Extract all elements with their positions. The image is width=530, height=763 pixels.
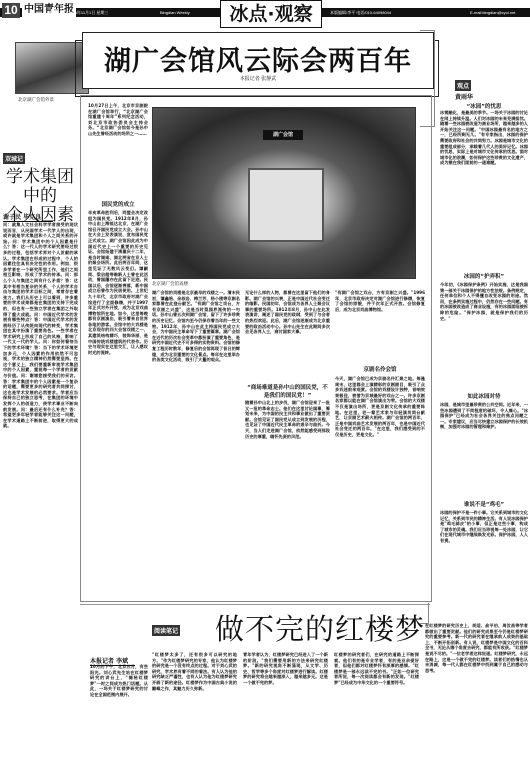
page-number: 10 — [2, 3, 20, 18]
main-article-col2: 湖广会馆的戏楼是北京最早的戏楼之一。清末民初，谭鑫培、余叔岩、梅兰芳、杨小楼等京… — [152, 290, 240, 595]
main-article-lead: 10月27日上午，北京市京剧院在湖广会馆举行，“北京湖广会馆重建十周年”系列纪念… — [88, 103, 148, 198]
stage-photo-caption: 北京湖广会馆戏楼 — [152, 281, 188, 287]
right-box-corner — [420, 603, 429, 624]
exterior-photo-caption: 北京湖广会馆外景 — [18, 97, 54, 103]
stage-photo: 湖广会馆 — [152, 107, 416, 279]
bottom-article-col4: 红楼梦的研究者们，在研究的道路上不断探索。他们有的是专业学者，有的是业余爱好者，… — [334, 652, 419, 763]
main-subhead-1: 国民党的成立 — [88, 200, 148, 208]
main-subhead-3: 京剧名伶会馆 — [335, 365, 425, 373]
bottom-article-label: 阅读笔记 — [152, 625, 180, 636]
main-article-title: 湖广会馆风云际会两百年 — [83, 39, 433, 78]
right-column-body-4: 冰园的保护不是一件小事。它关系到城市的文化记忆，关系到市民的精神生活。有人说冰园… — [440, 510, 528, 595]
left-column-body: 问：就集人文社会科学学者接受的现状说而言，从民国学术一代学人的出现，或许就是学术… — [3, 222, 78, 762]
main-article-col4: "有湖广会馆之戏台，方有京剧之兴盛。"1996年，北京市政府决定对湖广会馆进行修… — [335, 290, 425, 365]
main-article-col3b: 随着孙中山北上的步伐，湖广会馆迎来了一批又一批的革命志士。他们在这里讨论国事，筹… — [245, 400, 330, 595]
bottom-article-col3: 青年学者认为，红楼梦研究已经进入了一个新的阶段。"我们需要用新的方法来研究红楼梦… — [243, 652, 328, 763]
section-title: 冰点·观察 — [220, 0, 322, 28]
stage-plaque: 湖广会馆 — [263, 130, 303, 140]
masthead-slashes: //// — [50, 8, 59, 17]
bottom-article-col2: "红楼梦太多了，还有很多可以研究的地方。"作为红楼梦研究的专家，他认为红楼梦的研… — [152, 652, 237, 763]
right-column-label: 观点 — [455, 80, 471, 91]
right-subhead-1: 冰园的“护弄积” — [440, 272, 528, 280]
main-title-box: 湖广会馆风云际会两百年 本报记者 张静武 — [82, 32, 434, 89]
editor-info: 本版编辑/李平 电话/010-64098044 — [330, 8, 391, 17]
issue-date: 2006年11月1日 星期三 — [68, 8, 108, 17]
main-subhead-2: “商场难道是孙中山的国民党，不是我们的国民党！” — [245, 383, 330, 399]
right-column-author: 黄雨华 — [455, 92, 485, 101]
right-title-frame-edge — [420, 30, 435, 127]
right-subhead-2: 如此冰园对待 — [440, 392, 528, 400]
bottom-article-col1: 10月的下午，北京五月，有些阳光。刘心武先生站在红楼梦研究的讲台上，"揭秘红楼梦… — [90, 664, 148, 763]
bottom-article-title: 做不完的红楼梦 — [215, 607, 425, 648]
stage-backdrop — [248, 168, 324, 242]
main-article-col1: 辛亥革命胜利后，同盟会决定改组为国民党。1912年8月，孙中山由上海抵达北京，在… — [88, 210, 148, 595]
bottom-article-col5: 在红楼梦的研究历史上，胡适、俞平伯、周汝昌等学者都做出了重要贡献。他们的研究成果… — [425, 623, 528, 763]
left-title-line1: 学术集团中的 — [2, 168, 78, 206]
right-column-body-1: 冰雪融化，是最美的季节。一场关于冰园的讨论在网上持续升温。人们对冰园的未来充满担… — [440, 110, 528, 270]
main-article-col4b: 今天，湖广会馆已成为京剧名伶汇聚之地。每逢周末，这里都会上演精彩的京剧剧目，吸引… — [335, 376, 425, 595]
right-column-body-2: 今年初，《冰园保护条例》开始实施，这是我国第一部关于冰园保护的地方性法规。条例规… — [440, 282, 528, 390]
edition-name: Bingdian Weekly — [160, 8, 190, 17]
main-article-byline: 本报记者 张静武 — [83, 75, 433, 82]
right-subhead-3: 谁说不是“鸡毛” — [440, 500, 528, 508]
left-column-label: 双城记 — [3, 153, 25, 164]
section-divider — [80, 604, 430, 605]
right-column-headline: “冰园”的忧思 — [440, 102, 528, 110]
left-column-author: 谢子民 毕克良 — [3, 212, 53, 222]
right-column-body-3: 冰园，是城市里最珍贵的公共空间。近年来，一些冰园遭到了不同程度的破坏，令人痛心。… — [440, 402, 528, 497]
editor-email: E-mail:bingdian@cyol.net — [470, 8, 515, 17]
